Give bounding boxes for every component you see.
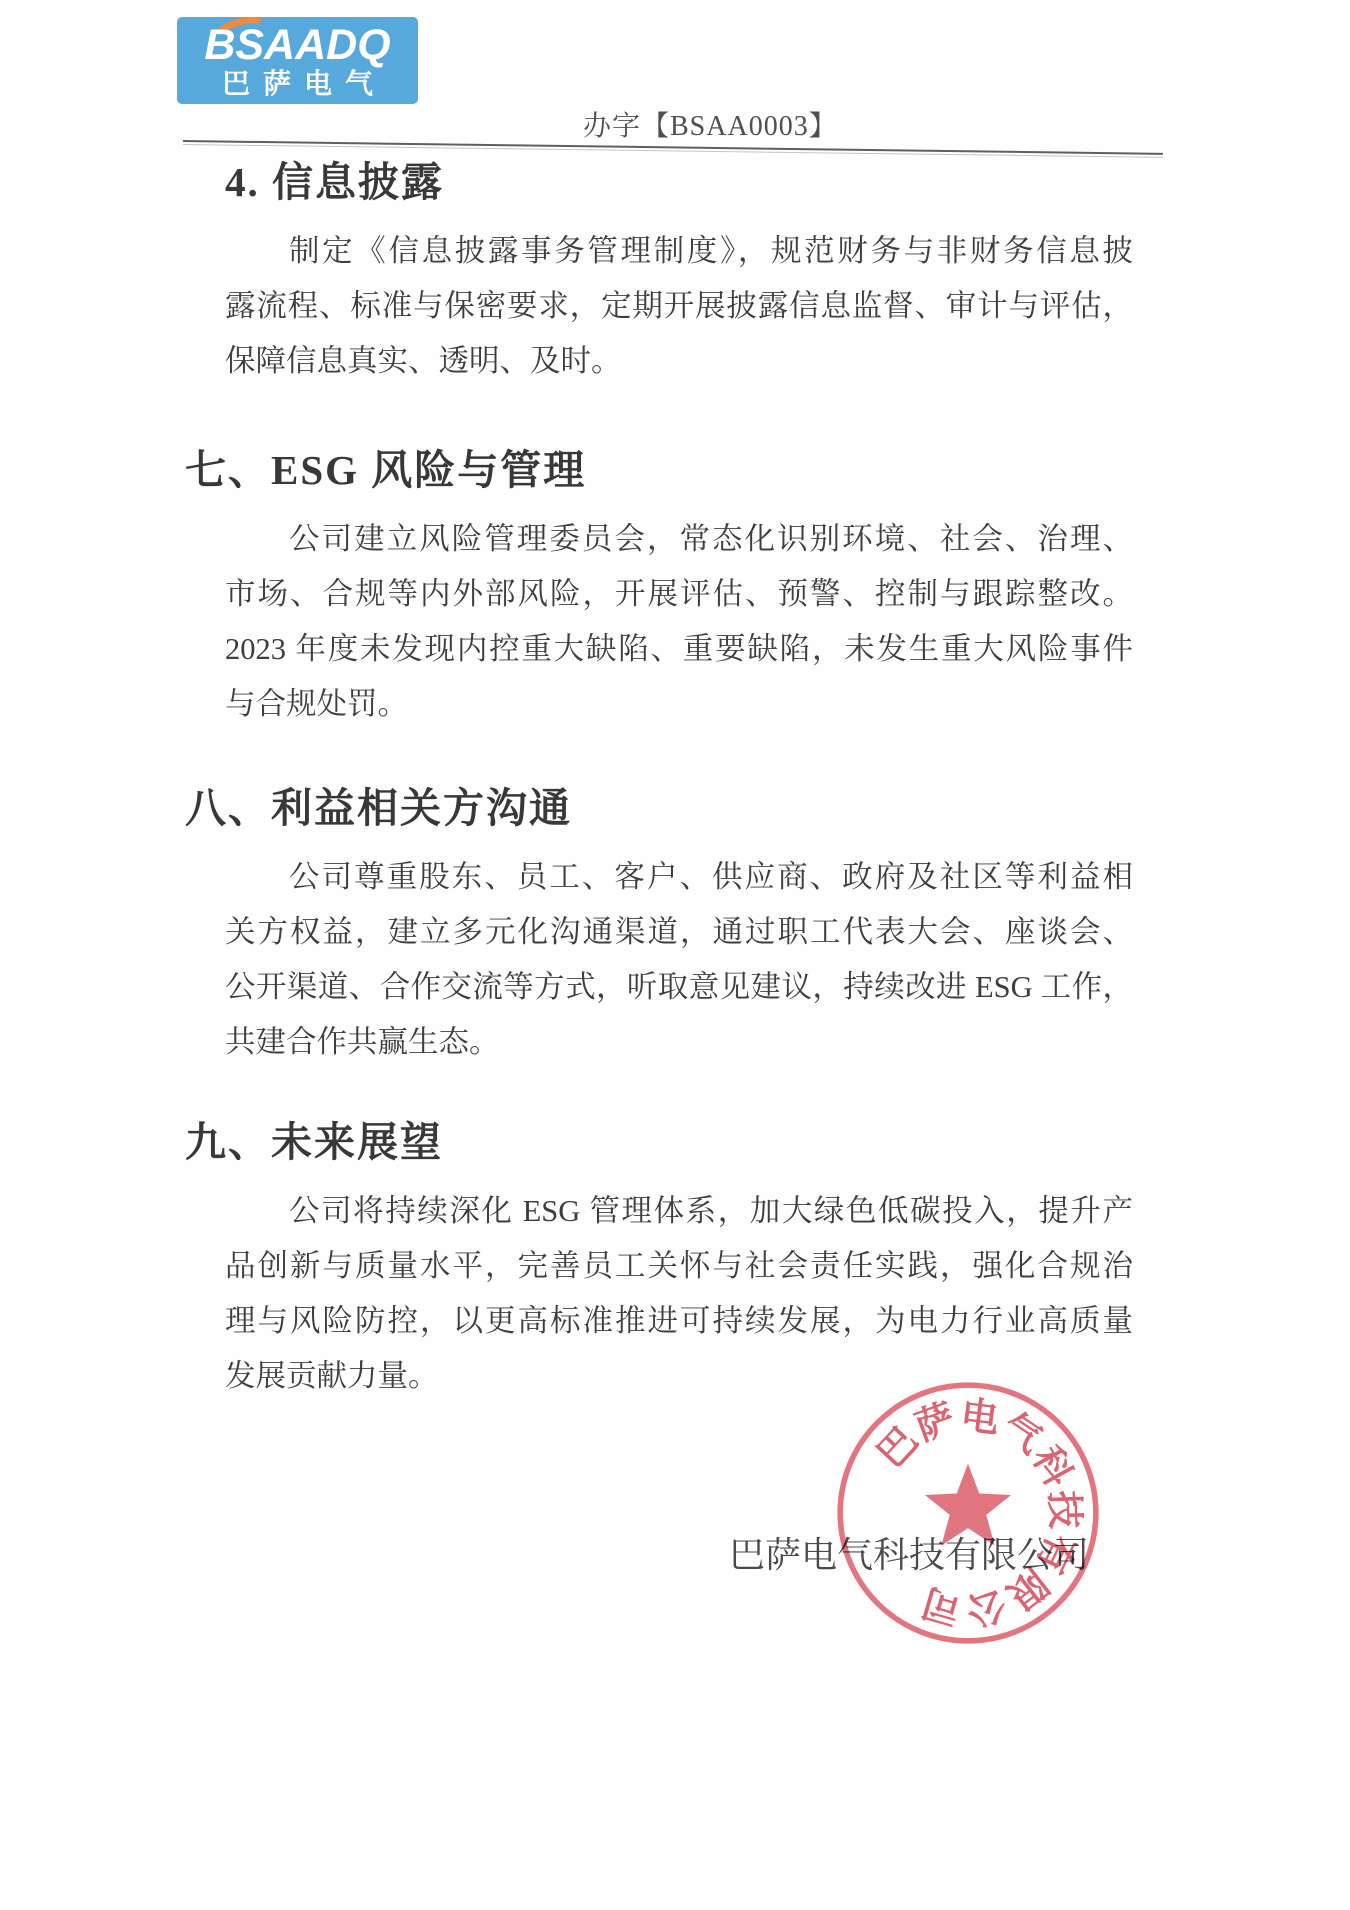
- section-heading: 九、未来展望: [185, 1118, 1137, 1166]
- section-heading: 八、利益相关方沟通: [185, 784, 1137, 832]
- section-esg-risk-management: 七、ESG 风险与管理 公司建立风险管理委员会，常态化识别环境、社会、治理、 市…: [185, 446, 1137, 732]
- paragraph-line: 2023 年度未发现内控重大缺陷、重要缺陷，未发生重大风险事件: [225, 622, 1133, 677]
- section-stakeholder-communication: 八、利益相关方沟通 公司尊重股东、员工、客户、供应商、政府及社区等利益相 关方权…: [185, 784, 1137, 1070]
- section-information-disclosure: 4. 信息披露 制定《信息披露事务管理制度》，规范财务与非财务信息披 露流程、标…: [185, 158, 1137, 389]
- paragraph-line: 公司将持续深化 ESG 管理体系，加大绿色低碳投入，提升产: [225, 1184, 1133, 1239]
- seal-char: 电: [958, 1394, 1001, 1441]
- paragraph-line: 公司尊重股东、员工、客户、供应商、政府及社区等利益相: [225, 850, 1133, 905]
- paragraph-line: 与合规处罚。: [225, 677, 1133, 732]
- paragraph-line: 制定《信息披露事务管理制度》，规范财务与非财务信息披: [225, 224, 1133, 279]
- seal-star-icon: [925, 1464, 1011, 1546]
- section-paragraph: 公司尊重股东、员工、客户、供应商、政府及社区等利益相 关方权益，建立多元化沟通渠…: [225, 850, 1133, 1070]
- seal-char: 公: [963, 1583, 1009, 1632]
- company-logo: BSAADQ 巴萨电气: [177, 17, 418, 104]
- paragraph-line: 共建合作共赢生态。: [225, 1015, 1133, 1070]
- section-heading: 七、ESG 风险与管理: [185, 446, 1137, 494]
- doc-number: 办字【BSAA0003】: [583, 104, 838, 144]
- paragraph-line: 市场、合规等内外部风险，开展评估、预警、控制与跟踪整改。: [225, 567, 1133, 622]
- section-paragraph: 公司建立风险管理委员会，常态化识别环境、社会、治理、 市场、合规等内外部风险，开…: [225, 512, 1133, 732]
- section-heading: 4. 信息披露: [185, 158, 1137, 206]
- logo-brand-chinese-text: 巴萨电气: [177, 68, 418, 99]
- seal-char: 司: [917, 1579, 965, 1630]
- paragraph-line: 公开渠道、合作交流等方式，听取意见建议，持续改进 ESG 工作，: [225, 960, 1133, 1015]
- section-paragraph: 制定《信息披露事务管理制度》，规范财务与非财务信息披 露流程、标准与保密要求，定…: [225, 224, 1133, 389]
- paragraph-line: 品创新与质量水平，完善员工关怀与社会责任实践，强化合规治: [225, 1239, 1133, 1294]
- logo-brand-text: BSAADQ: [177, 22, 418, 68]
- paragraph-line: 理与风险防控，以更高标准推进可持续发展，为电力行业高质量: [225, 1294, 1133, 1349]
- paragraph-line: 露流程、标准与保密要求，定期开展披露信息监督、审计与评估，: [225, 279, 1133, 334]
- paragraph-line: 公司建立风险管理委员会，常态化识别环境、社会、治理、: [225, 512, 1133, 567]
- paragraph-line: 保障信息真实、透明、及时。: [225, 334, 1133, 389]
- document-page: BSAADQ 巴萨电气 办字【BSAA0003】 4. 信息披露 制定《信息披露…: [0, 0, 1350, 1910]
- paragraph-line: 关方权益，建立多元化沟通渠道，通过职工代表大会、座谈会、: [225, 905, 1133, 960]
- seal-char: 技: [1042, 1490, 1086, 1530]
- company-seal: 巴 萨 电 气 科 技 有 限 公 司: [817, 1362, 1119, 1664]
